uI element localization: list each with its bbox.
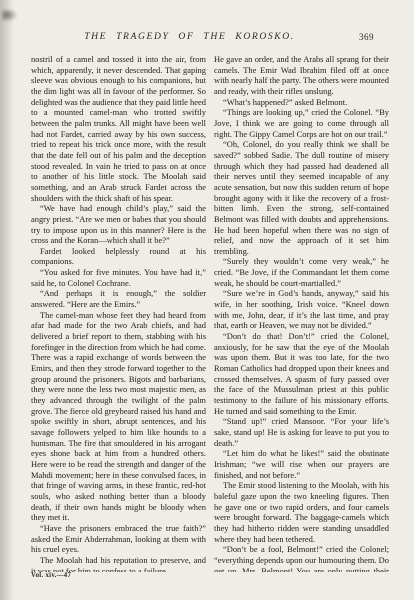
running-header: THE TRAGEDY OF THE KOROSKO. 369 bbox=[31, 31, 388, 45]
paragraph: “Things are looking up,” cried the Colon… bbox=[214, 107, 389, 139]
volume-signature-note: Vol. xiv.—47 bbox=[31, 572, 71, 579]
paragraph: “You asked for five minutes. You have ha… bbox=[31, 267, 206, 288]
paragraph: “Stand up!” cried Mansoor. “For your lif… bbox=[214, 416, 389, 448]
paragraph: “We have had enough child’s play,” said … bbox=[31, 203, 206, 246]
paragraph: “Sure we’re in God’s hands, anyway,” sai… bbox=[214, 288, 389, 331]
paragraph: “Don’t do that! Don’t!” cried the Colone… bbox=[214, 331, 389, 416]
page-title: THE TRAGEDY OF THE KOROSKO. bbox=[31, 31, 348, 42]
paragraph: “Oh, Colonel, do you really think we sha… bbox=[214, 139, 389, 256]
book-page: THE TRAGEDY OF THE KOROSKO. 369 nostril … bbox=[0, 0, 414, 600]
paragraph: Fardet looked helplessly round at his co… bbox=[31, 246, 206, 267]
scan-edge-shadow bbox=[0, 0, 14, 600]
paragraph: “Don’t be a fool, Belmont!” cried the Co… bbox=[214, 544, 389, 572]
paragraph: He gave an order, and the Arabs all spra… bbox=[214, 54, 389, 97]
paragraph: “And perhaps it is enough,” the soldier … bbox=[31, 288, 206, 309]
paragraph: The Moolah had his reputation to preserv… bbox=[31, 555, 206, 572]
left-column: nostril of a camel and tossed it into th… bbox=[31, 54, 206, 572]
paragraph: “Let him do what he likes!” said the obs… bbox=[214, 448, 389, 480]
page-number: 369 bbox=[359, 32, 374, 42]
scan-artifact bbox=[2, 8, 18, 22]
right-column: He gave an order, and the Arabs all spra… bbox=[214, 54, 389, 572]
paragraph: The Emir stood listening to the Moolah, … bbox=[214, 480, 389, 544]
paragraph: “What’s happened?” asked Belmont. bbox=[214, 97, 389, 108]
paragraph: “Have the prisoners embraced the true fa… bbox=[31, 523, 206, 555]
paragraph: The camel-man whose feet they had heard … bbox=[31, 310, 206, 523]
paragraph: “Surely they wouldn’t come very weak,” h… bbox=[214, 256, 389, 288]
text-columns: nostril of a camel and tossed it into th… bbox=[31, 54, 389, 572]
paragraph: nostril of a camel and tossed it into th… bbox=[31, 54, 206, 203]
